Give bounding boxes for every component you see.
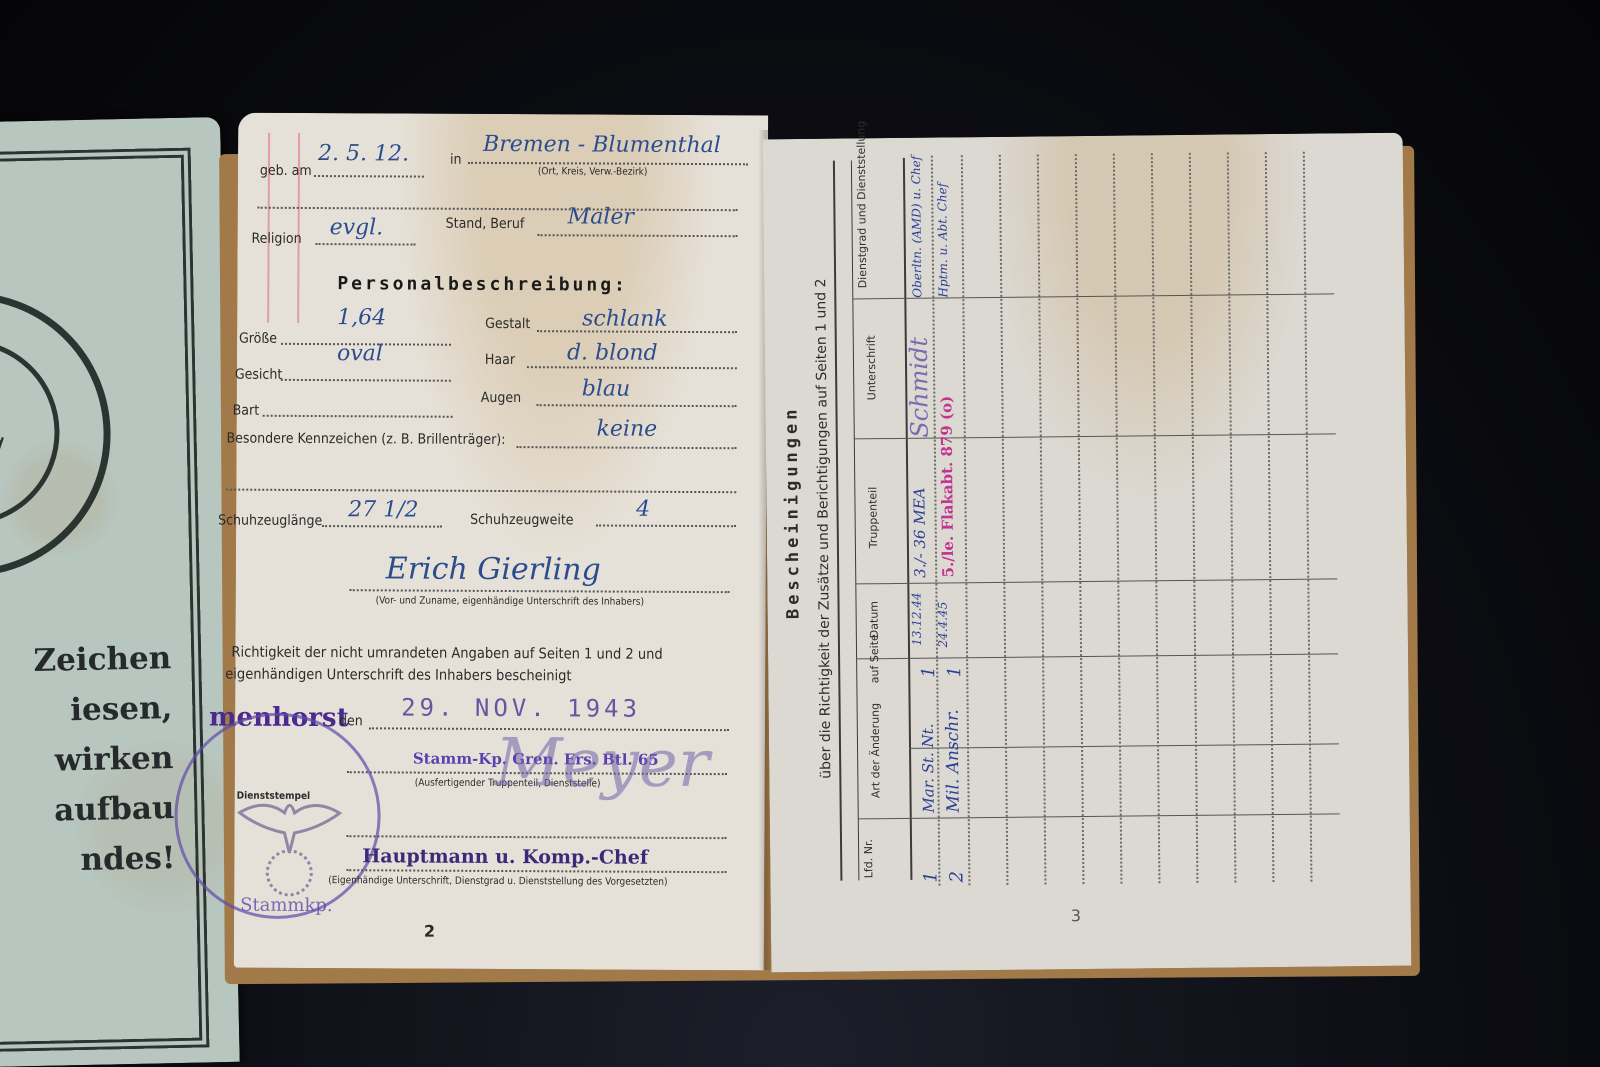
dotted-line [516,446,736,449]
motto-line: wirken [35,733,174,786]
page-2: geb. am 2. 5. 12. in Bremen - Blumenthal… [234,113,768,971]
dotted-line [316,243,416,246]
field-label: Schuhzeuglänge [218,513,322,530]
occupation-label: Stand, Beruf [446,216,525,232]
field-label: Bart [233,403,260,419]
row2-dienstgrad: Hptm. u. Abt. Chef [935,183,950,298]
page-number: 3 [1071,906,1081,925]
birth-place-label: in [450,152,462,168]
row-line [909,743,1339,749]
religion-label: Religion [252,231,302,247]
column-header: Unterschrift [865,335,880,400]
dotted-line [537,404,737,407]
motto-line: aufbau [36,783,175,836]
occupation-value: Maler [568,204,634,229]
date-stamp: 29. NOV. 1943 [401,693,641,722]
entry-dotted-column [1189,153,1199,883]
header-divider [852,298,904,300]
dotted-line [258,207,738,212]
field-label: Schuhzeugweite [470,512,574,529]
entry-dotted-column [1303,152,1313,882]
row1-art: Mar. St. Nt. [919,723,938,812]
row1-datum: 13.12.44 [909,592,924,646]
religion-value: evgl. [330,215,384,240]
red-margin-line [297,133,300,323]
row2-truppenteil: 5./le. Flakabt. 879 (o) [937,396,957,578]
officer-signature: Meyer [495,724,710,802]
field-value: 1,64 [337,305,386,330]
row-line [904,293,1334,299]
header-divider [855,583,907,585]
certification-text-2: eigenhändigen Unterschrift des Inhabers … [225,667,571,685]
entry-dotted-column [1075,154,1085,884]
field-value: d. blond [567,340,658,365]
entry-dotted-column [1265,152,1275,882]
column-header: Truppenteil [866,487,881,549]
dotted-line [226,489,736,494]
row-line [907,578,1337,584]
cover-motto: Zeichen iesen, wirken aufbau ndes! [33,633,176,886]
page3-title: Bescheinigungen [781,405,803,619]
field-label: Besondere Kennzeichen (z. B. Brillenträg… [226,431,505,448]
birth-place-value: Bremen - Blumenthal [483,132,721,158]
round-stamp-text: Stammkp. [240,895,333,916]
motto-line: iesen, [34,683,173,736]
column-header: auf Seite [868,634,883,683]
field-value: oval [337,341,383,366]
row2-art: Mil. Anschr. [943,709,964,812]
dotted-line [527,366,737,369]
officer-stamp: Hauptmann u. Komp.-Chef [362,845,648,868]
field-label: Größe [239,331,277,347]
row1-nr: 1 [920,871,941,883]
row2-nr: 2 [946,871,967,883]
field-value: schlank [582,306,668,331]
page-3: Bescheinigungen über die Richtigkeit der… [763,133,1412,973]
column-header: Datum [867,601,881,638]
eagle-emblem-icon [234,793,345,904]
dotted-line [263,415,453,418]
red-margin-line [267,133,270,323]
row2-seite: 1 [944,666,965,678]
dotted-line [468,162,748,165]
holder-signature-hint: (Vor- und Zuname, eigenhändige Unterschr… [376,595,644,607]
field-label: Augen [481,390,521,406]
page3-title-block: Bescheinigungen [781,405,803,619]
dotted-line [538,234,738,237]
row-line [908,653,1338,659]
dotted-line [350,589,730,593]
entry-dotted-column [1037,154,1047,884]
officer-hint: (Eigenhändige Unterschrift, Dienstgrad u… [328,875,667,888]
dotted-line [322,525,442,528]
field-value: keine [597,416,658,441]
cover-ornamental-border [0,148,209,1052]
field-label: Haar [485,352,515,368]
field-label: Gesicht [235,367,283,383]
column-header: Dienstgrad und Dienststellung [854,121,870,289]
row1-truppenteil: 3./- 36 MEA [910,487,929,577]
table-border [833,161,843,881]
entry-dotted-column [1113,154,1123,884]
page3-subtitle-block: über die Richtigkeit der Zusätze und Ber… [810,278,834,778]
official-stamp-label: Dienststempel [237,791,311,802]
field-value: blau [582,376,631,401]
entry-dotted-column [1227,152,1237,882]
header-divider [854,438,906,440]
birth-place-hint: (Ort, Kreis, Verw.-Bezirk) [538,166,648,178]
dotted-line [314,175,424,178]
field-value: 27 1/2 [348,497,419,522]
row1-unterschrift: Schmidt [905,337,934,438]
entry-dotted-column [1151,153,1161,883]
birth-date-value: 2. 5. 12. [318,141,409,166]
header-divider [858,818,910,820]
dotted-line [281,379,451,382]
emblem-inner-ring [0,337,61,527]
certification-text-1: Richtigkeit der nicht umrandeten Angaben… [231,645,662,663]
row2-datum: 24.4.45 [936,602,950,648]
dotted-line [596,524,736,527]
holder-signature: Erich Gierling [386,551,601,587]
page-number: 2 [424,922,435,941]
page3-subtitle: über die Richtigkeit der Zusätze und Ber… [813,278,834,778]
den-label: den [339,713,363,729]
column-header: Lfd. Nr. [862,839,876,878]
row1-dienstgrad: Oberltn. (AMD) u. Chef [909,156,924,298]
dotted-line [346,835,726,839]
row1-seite: 1 [918,666,939,678]
dotted-line [346,869,726,873]
row-line [906,433,1336,439]
column-header: Art der Änderung [869,703,884,798]
personal-description-heading: Personalbeschreibung: [337,273,628,296]
motto-line: ndes! [37,833,176,886]
booklet-cover: IGER ENST Zeichen iesen, wirken aufbau n… [0,117,240,1067]
row-line [910,813,1340,819]
field-label: Gestalt [485,316,530,332]
entry-dotted-column [999,155,1009,885]
birth-date-label: geb. am [260,163,312,179]
motto-line: Zeichen [33,633,172,686]
field-value: 4 [636,497,650,522]
